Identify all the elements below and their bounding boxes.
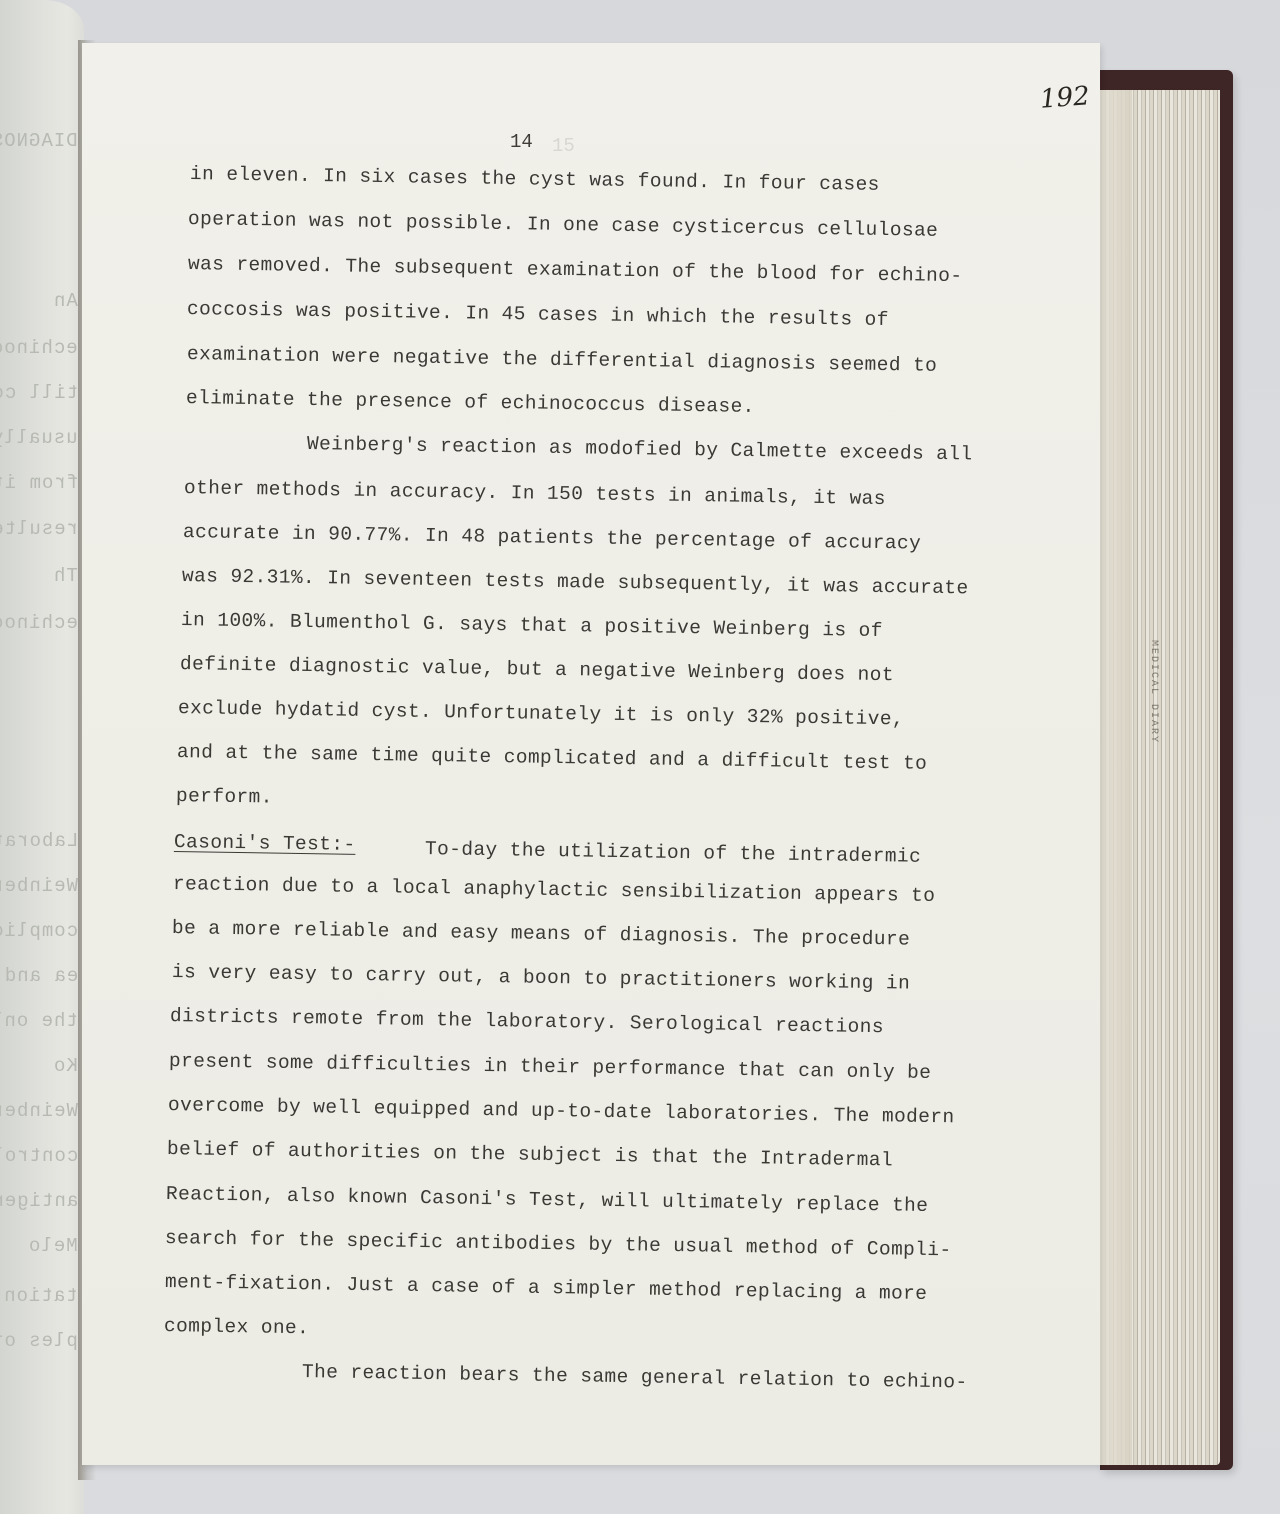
left-facing-page: DIAGNOSIS An echinococ till com usually …	[0, 0, 84, 1514]
left-page-ghost-line: till com	[0, 382, 78, 404]
left-page-ghost-line: Ko	[53, 1055, 78, 1077]
left-page-ghost-line: controls	[0, 1145, 78, 1167]
body-text-line: Reaction, also known Casoni's Test, will…	[166, 1183, 929, 1217]
body-text-line: definite diagnostic value, but a negativ…	[180, 653, 894, 686]
left-page-ghost-line: complicate	[0, 920, 78, 942]
body-text-line: present some difficulties in their perfo…	[169, 1050, 932, 1084]
body-text-line: was 92.31%. In seventeen tests made subs…	[182, 565, 969, 599]
handwritten-folio-number: 192	[1039, 81, 1091, 114]
left-page-ghost-line: DIAGNOSIS	[0, 130, 78, 152]
body-text-line: eliminate the presence of echinococcus d…	[186, 387, 755, 418]
body-text-line: reaction due to a local anaphylactic sen…	[173, 873, 936, 907]
left-page-ghost-line: Melo	[28, 1235, 78, 1257]
body-text-line: exclude hydatid cyst. Unfortunately it i…	[178, 697, 904, 730]
body-text-line: perform.	[176, 785, 273, 809]
fore-edge-label: MEDICAL DIARY	[1145, 640, 1159, 744]
body-text-line: overcome by well equipped and up-to-date…	[168, 1094, 955, 1128]
left-page-ghost-line: usually e	[0, 427, 78, 449]
bleed-through-page-number: 15	[552, 135, 575, 157]
body-text-line: Weinberg's reaction as modofied by Calme…	[307, 433, 973, 465]
body-text-line: search for the specific antibodies by th…	[165, 1227, 952, 1261]
body-text-line: belief of authorities on the subject is …	[167, 1138, 893, 1171]
body-text-line: The reaction bears the same general rela…	[302, 1361, 968, 1393]
body-text-line: is very easy to carry out, a boon to pra…	[172, 961, 910, 995]
body-text-line: and at the same time quite complicated a…	[177, 741, 928, 775]
body-text-line: was removed. The subsequent examination …	[188, 253, 963, 287]
body-text-line: ment-fixation. Just a case of a simpler …	[165, 1271, 928, 1305]
left-page-ghost-line: resulted n	[0, 518, 78, 540]
body-text-line: examination were negative the differenti…	[187, 343, 938, 377]
left-page-ghost-line: echinococ	[0, 337, 78, 359]
left-page-ghost-line: antigens	[0, 1190, 78, 1212]
left-page-ghost-line: Laborato	[0, 830, 78, 852]
body-text-line: be a more reliable and easy means of dia…	[172, 917, 910, 951]
body-text-line: other methods in accuracy. In 150 tests …	[184, 477, 886, 510]
body-text-line: districts remote from the laboratory. Se…	[170, 1005, 884, 1038]
body-text-line: in eleven. In six cases the cyst was fou…	[190, 163, 880, 196]
left-page-ghost-line: tation me	[0, 1285, 78, 1307]
body-text-line: accurate in 90.77%. In 48 patients the p…	[183, 521, 921, 555]
body-text-line: complex one.	[164, 1315, 310, 1339]
left-page-ghost-line: An	[53, 290, 78, 312]
left-page-ghost-line: Th	[53, 565, 78, 587]
left-page-ghost-line: echinoc	[0, 612, 78, 634]
body-text-line: To-day the utilization of the intradermi…	[425, 838, 921, 868]
section-heading-casonis-test: Casoni's Test:-	[174, 831, 356, 856]
left-page-ghost-line: ples of	[0, 1330, 78, 1352]
left-page-ghost-line: ea and b	[0, 965, 78, 987]
body-text-line: coccosis was positive. In 45 cases in wh…	[187, 298, 889, 331]
left-page-ghost-line: Weinberg's	[0, 875, 78, 897]
left-page-ghost-line: the onl	[0, 1010, 78, 1032]
left-page-ghost-line: Weinberg t	[0, 1100, 78, 1122]
left-page-ghost-line: from its	[0, 472, 78, 494]
body-text-line: in 100%. Blumenthol G. says that a posit…	[181, 609, 883, 642]
typed-page-number: 14	[510, 131, 533, 153]
body-text-line: operation was not possible. In one case …	[188, 208, 939, 242]
typed-page: 192 14 15 in eleven. In six cases the cy…	[82, 43, 1100, 1465]
